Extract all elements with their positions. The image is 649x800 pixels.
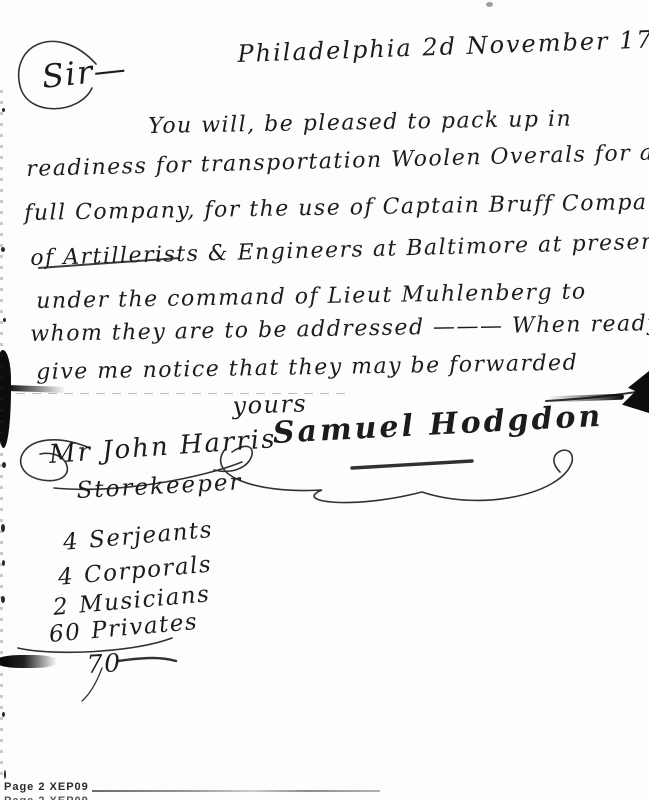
scanned-letter-page: Philadelphia 2d November 1799 Sir— You w… xyxy=(0,0,649,800)
footer-page-label-ghost: Page 2 XEP09 xyxy=(4,795,89,800)
body-line: of Artillerists & Engineers at Baltimore… xyxy=(30,229,649,271)
signature: Samuel Hodgdon xyxy=(272,399,604,451)
fold-crease-line xyxy=(0,393,348,394)
body-line: You will, be pleased to pack up in xyxy=(148,107,572,139)
ink-blob-bottom-left xyxy=(0,655,57,668)
total-dash xyxy=(118,658,176,661)
roster-item: 4Serjeants xyxy=(62,517,214,556)
roster-label: Serjeants xyxy=(88,517,214,554)
roster-qty: 4 xyxy=(62,529,80,556)
salutation: Sir— xyxy=(40,49,129,96)
footer-rule xyxy=(92,790,380,792)
roster-qty: 2 xyxy=(52,594,70,621)
ink-speck xyxy=(2,712,5,717)
ink-speck xyxy=(2,560,5,566)
ink-speck xyxy=(4,770,6,779)
ink-blob-right-edge xyxy=(619,371,649,413)
ink-streak-left xyxy=(8,385,66,393)
scan-edge-noise xyxy=(0,90,3,780)
signature-flourish-stroke xyxy=(352,461,472,468)
ink-speck xyxy=(1,524,5,532)
roster-total: 70 xyxy=(86,648,122,679)
roster-qty: 60 xyxy=(48,619,82,648)
dateline: Philadelphia 2d November 1799 xyxy=(237,24,649,68)
roster-qty: 4 xyxy=(57,564,75,591)
addressee-title: Storekeeper xyxy=(76,469,243,504)
body-line: readiness for transportation Woolen Over… xyxy=(26,141,649,182)
ink-speck xyxy=(1,596,5,603)
ink-speck xyxy=(2,108,5,112)
signature-flourish xyxy=(221,448,573,503)
ink-speck xyxy=(2,462,6,468)
body-line: give me notice that they may be forwarde… xyxy=(36,351,578,385)
body-line: whom they are to be addressed ——— When r… xyxy=(30,311,649,347)
body-line: under the command of Lieut Muhlenberg to xyxy=(36,279,587,314)
ink-speck xyxy=(486,2,493,7)
body-line: full Company, for the use of Captain Bru… xyxy=(24,190,649,226)
footer-page-label: Page 2 XEP09 xyxy=(4,781,89,793)
addressee-name: Mr John Harris xyxy=(48,424,277,470)
ink-speck xyxy=(1,247,5,252)
ink-speck xyxy=(3,318,6,322)
